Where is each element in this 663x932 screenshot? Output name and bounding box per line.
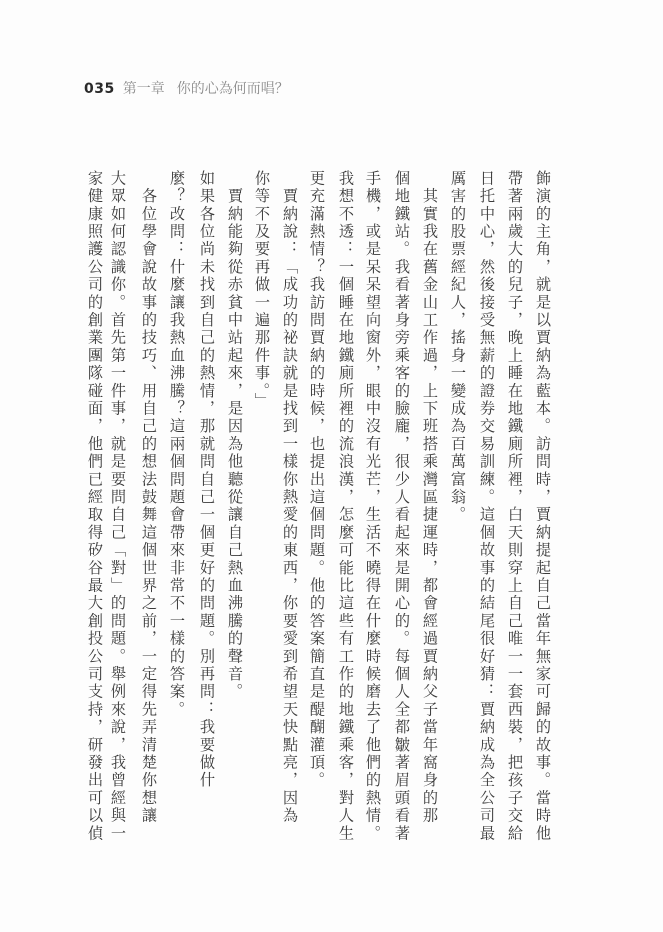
text-column-7: 手機，或是呆呆望向窗外，眼中沒有光芒，生活不曉得在什麼時候磨去了他們的熱情。 <box>363 170 383 843</box>
book-page: 035 第一章 你的心為何而唱？ 飾演的主角，就是以賈納為藍本。訪問時，賈納提起… <box>0 0 663 932</box>
text-column-16: 大眾如何認識你。首先第一件事，就是要問自己「對」的問題。舉例來說，我曾經與一 <box>108 170 128 843</box>
text-column-3: 日托中心，然後接受無薪的證券交易訓練。這個故事的結尾很好猜：賈納成為全公司最 <box>477 170 497 843</box>
running-header: 035 第一章 你的心為何而唱？ <box>84 80 289 98</box>
text-column-15: 各位學會說故事的技巧、用自己的想法鼓舞這個世界之前，一定得先弄清楚你想讓 <box>139 170 159 825</box>
text-column-10: 賈納說：「成功的祕訣就是找到一樣你熱愛的東西，你要愛到希望天快點亮，因為 <box>280 170 300 825</box>
text-column-8: 我想不透：一個睡在地鐵廁所裡的流浪漢，怎麼可能比這些有工作的地鐵乘客，對人生 <box>336 170 356 843</box>
text-column-14: 麼？改問：什麼讓我熱血沸騰？這兩個問題會帶來非常不一樣的答案。 <box>167 170 187 719</box>
chapter-label: 第一章 <box>123 80 165 98</box>
page-number: 035 <box>84 80 115 98</box>
chapter-title: 你的心為何而唱？ <box>177 80 289 98</box>
text-column-9: 更充滿熱情？我訪問賈納的時候，也提出這個問題。他的答案簡直是醍醐灌頂。 <box>307 170 327 790</box>
text-column-11: 你等不及要再做一遍那件事。」 <box>252 170 272 410</box>
text-column-12: 賈納能夠從赤貧中站起來，是因為他聽從讓自己熱血沸騰的聲音。 <box>225 170 245 701</box>
text-column-6: 個地鐵站。我看著身旁乘客的臉龐，很少人看起來是開心的。每個人全都皺著眉頭看著 <box>392 170 412 843</box>
text-column-2: 帶著兩歲大的兒子，晚上睡在地鐵廁所裡，白天則穿上自己唯一一套西裝，把孩子交給 <box>505 170 525 843</box>
body-text: 飾演的主角，就是以賈納為藍本。訪問時，賈納提起自己當年無家可歸的故事。當時他 帶… <box>0 170 663 860</box>
text-column-13: 如果各位尚未找到自己的熱情，那就問自己一個更好的問題。別再問：我要做什 <box>197 170 217 790</box>
text-column-5: 其實我在舊金山工作過，上下班搭乘灣區捷運時，都會經過賈納父子當年窩身的那 <box>420 170 440 825</box>
text-column-4: 厲害的股票經紀人，搖身一變成為百萬富翁。 <box>448 170 468 524</box>
text-column-1: 飾演的主角，就是以賈納為藍本。訪問時，賈納提起自己當年無家可歸的故事。當時他 <box>533 170 553 843</box>
text-column-17: 家健康照護公司的創業團隊碰面，他們已經取得矽谷最大創投公司支持，研發出可以偵 <box>85 170 105 843</box>
